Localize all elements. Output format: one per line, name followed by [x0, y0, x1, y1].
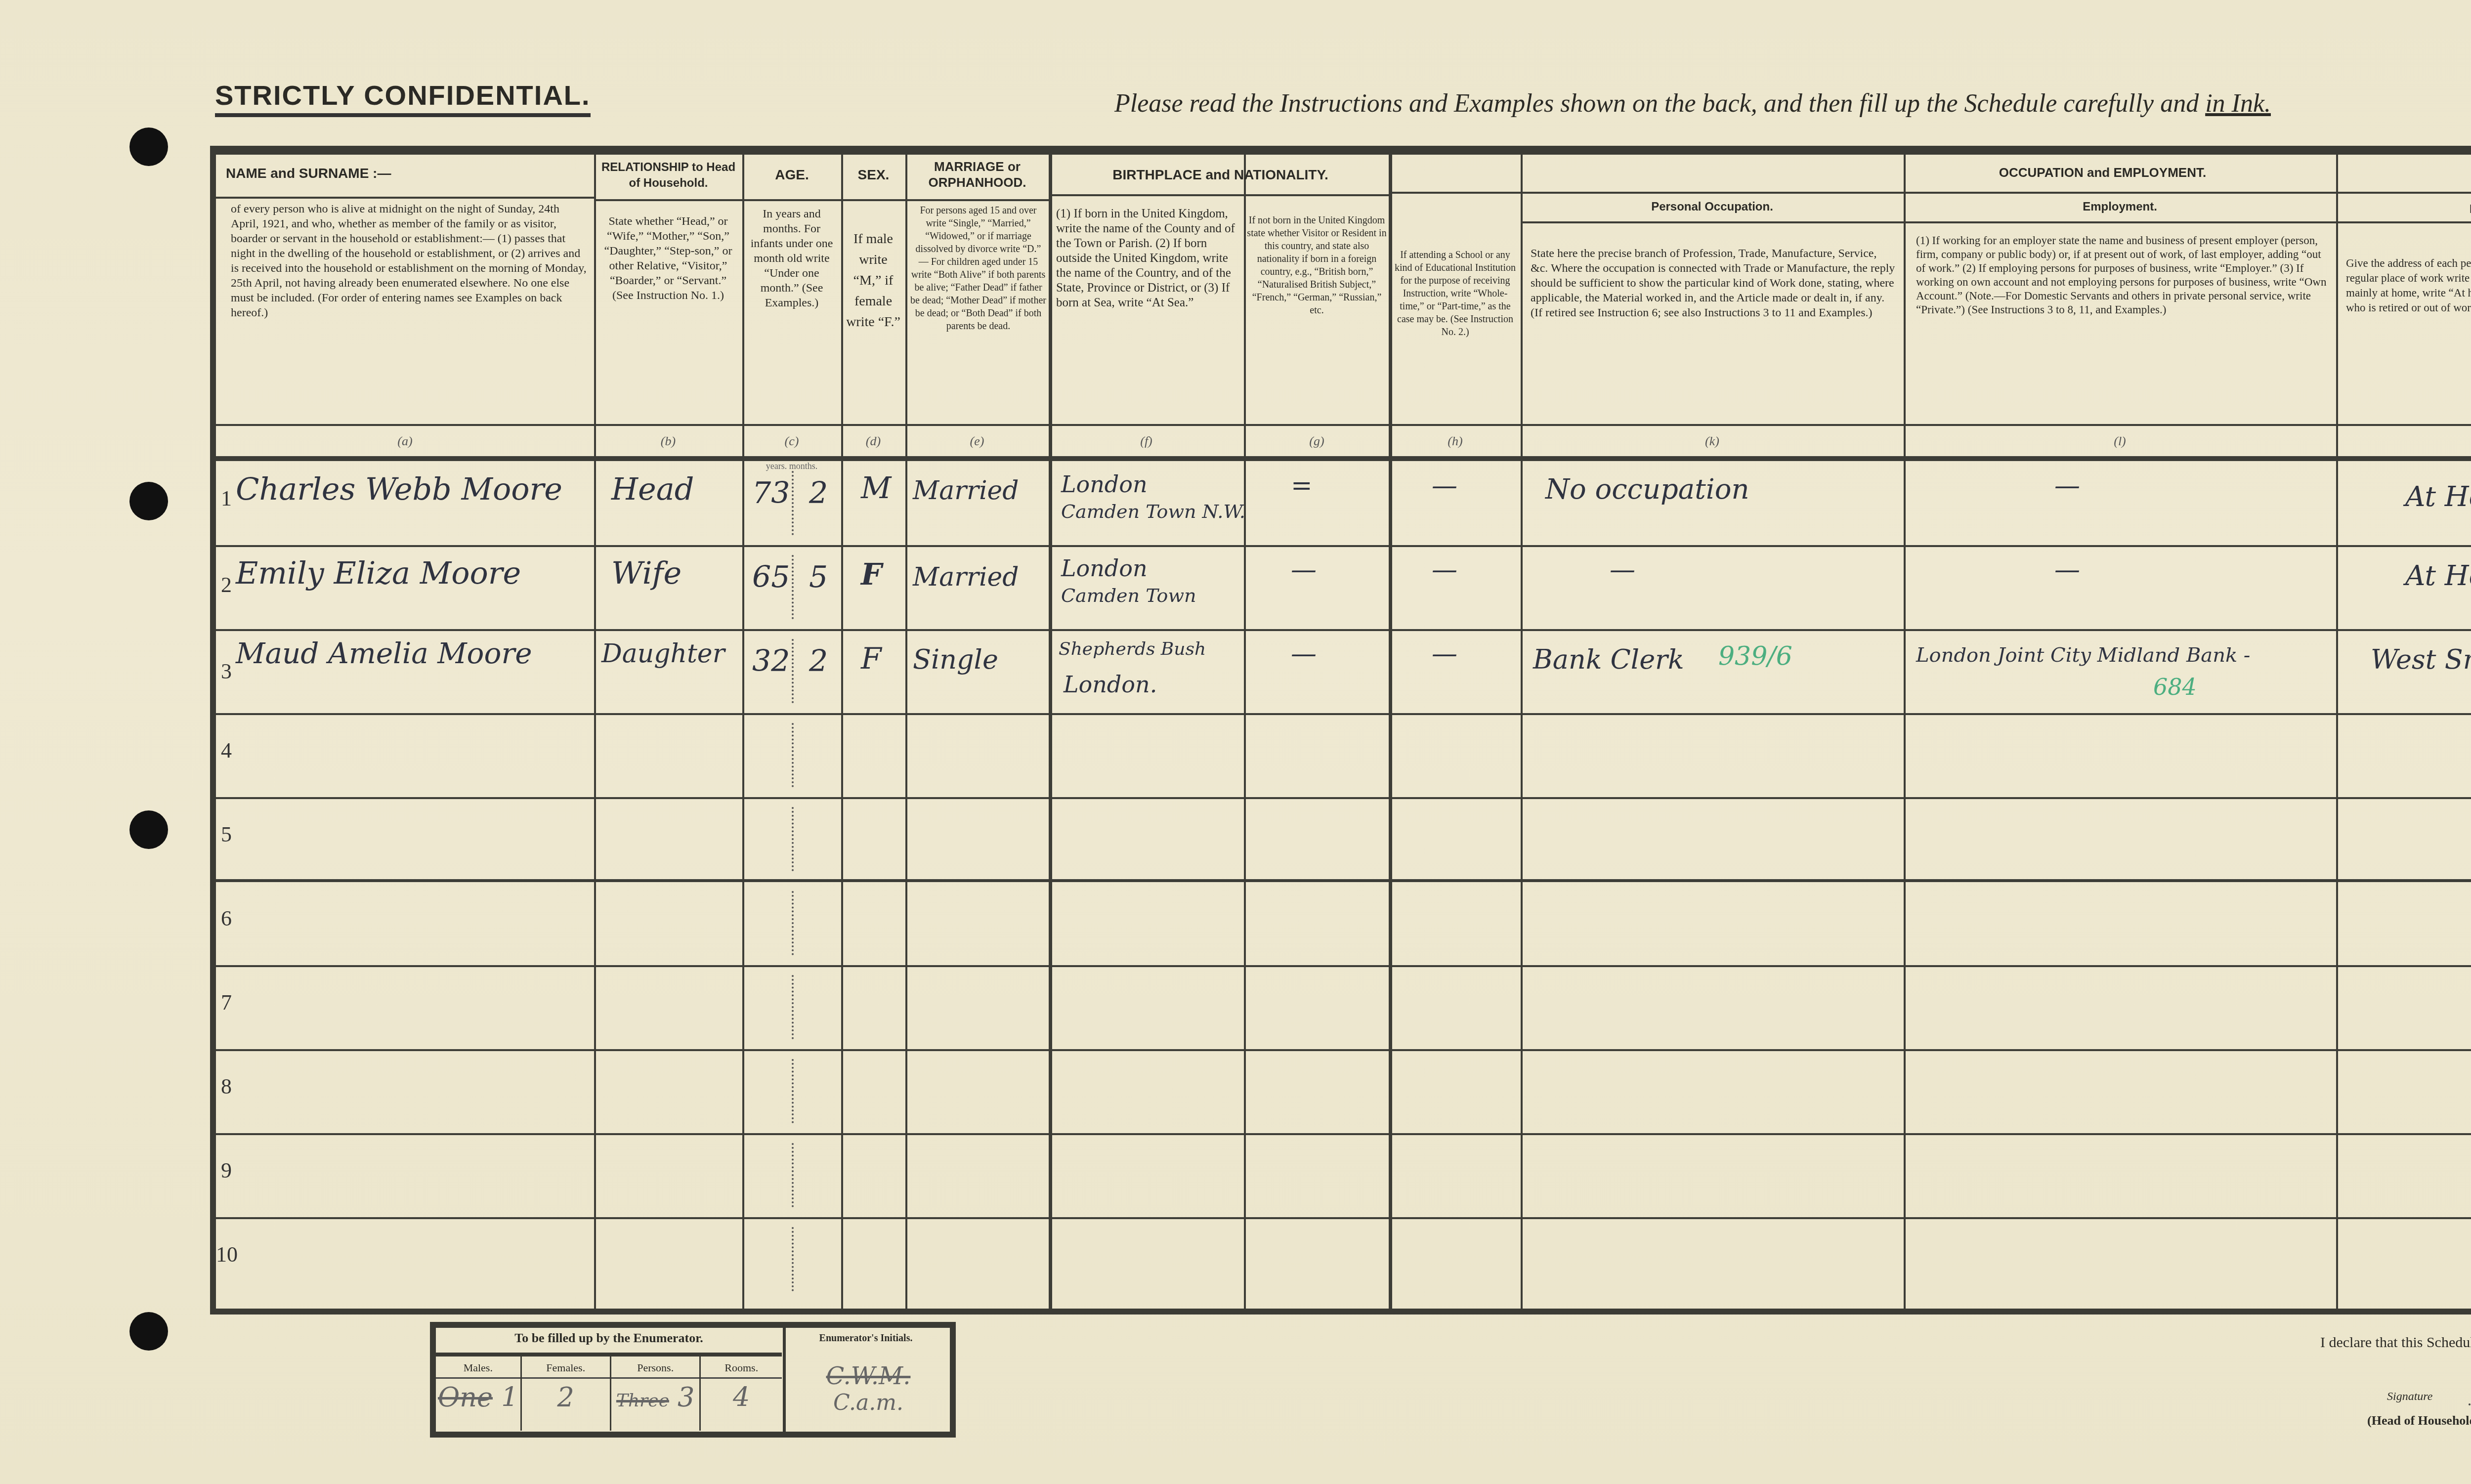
col-d-instructions: If male write “M,” if female write “F.”	[846, 229, 900, 333]
occupation-title: OCCUPATION and EMPLOYMENT.	[1521, 165, 2471, 180]
col-b-instructions: State whether “Head,” or “Wife,” “Mother…	[599, 214, 737, 303]
row2-school[interactable]: —	[1432, 555, 1457, 585]
punch-hole	[129, 810, 168, 849]
row2-age-years[interactable]: 65	[752, 560, 790, 594]
row3-place-of-work[interactable]: West Smithfield	[2371, 644, 2471, 675]
row2-occupation[interactable]: —	[1610, 555, 1635, 585]
row2-marriage[interactable]: Married	[913, 562, 1019, 592]
row3-nationality[interactable]: —	[1291, 639, 1317, 669]
col-m-title: Place of Work.	[2339, 202, 2471, 217]
row3-birthplace-2[interactable]: London.	[1064, 671, 1157, 698]
col-m-instructions: Give the address of each person's place …	[2346, 256, 2471, 315]
census-schedule-page: STRICTLY CONFIDENTIAL. Please read the I…	[0, 0, 2471, 1484]
col-e-instructions: For persons aged 15 and over write “Sing…	[910, 204, 1046, 333]
persons-cell[interactable]: Persons. Three 3	[611, 1357, 701, 1431]
row3-occupation-code: 939/6	[1718, 641, 1792, 671]
row2-birthplace-1[interactable]: London	[1061, 555, 1148, 582]
row1-birthplace-2[interactable]: Camden Town N.W.	[1061, 501, 1245, 522]
punch-hole	[129, 1312, 168, 1351]
row3-occupation[interactable]: Bank Clerk	[1533, 644, 1684, 675]
rooms-cell[interactable]: Rooms. 4	[701, 1357, 782, 1431]
col-g-instructions: If not born in the United Kingdom state …	[1246, 214, 1387, 317]
col-f-instructions: (1) If born in the United Kingdom, write…	[1056, 207, 1239, 310]
row3-age-months[interactable]: 2	[809, 644, 828, 678]
col-e-title: MARRIAGE or ORPHANHOOD.	[907, 159, 1048, 190]
col-d-title: SEX.	[843, 167, 904, 183]
col-k-instructions: State here the precise branch of Profess…	[1531, 246, 1896, 320]
row1-marriage[interactable]: Married	[913, 476, 1019, 506]
enumerator-totals-box: To be filled up by the Enumerator. Enume…	[430, 1322, 956, 1438]
row1-place-of-work[interactable]: At Home	[2405, 481, 2471, 513]
col-c-instructions: In years and months. For infants under o…	[747, 207, 836, 310]
row1-sex[interactable]: M	[861, 471, 891, 506]
declaration-text: I declare that this Schedule is correctl…	[2320, 1334, 2471, 1351]
row3-name[interactable]: Maud Amelia Moore	[236, 636, 532, 670]
row2-nationality[interactable]: —	[1291, 555, 1317, 585]
row3-relationship[interactable]: Daughter	[601, 639, 725, 669]
col-l-title: Employment.	[1906, 199, 2334, 215]
row1-age-years[interactable]: 73	[752, 476, 790, 510]
row1-occupation[interactable]: No occupation	[1545, 473, 1749, 506]
col-c-title: AGE.	[744, 167, 840, 183]
col-a-title: NAME and SURNAME :—	[226, 166, 404, 181]
punch-hole	[129, 127, 168, 166]
males-cell[interactable]: Males. One 1	[436, 1357, 522, 1431]
row3-employment-code: 684	[2153, 674, 2197, 700]
row2-age-months[interactable]: 5	[809, 560, 828, 594]
row2-sex[interactable]: F	[861, 557, 882, 592]
row2-name[interactable]: Emily Eliza Moore	[236, 555, 521, 591]
col-h-instructions: If attending a School or any kind of Edu…	[1392, 249, 1518, 339]
col-l-instructions: (1) If working for an employer state the…	[1916, 234, 2331, 317]
row1-age-months[interactable]: 2	[809, 476, 828, 510]
signature-note: (Head of Household, Manager of Establish…	[2367, 1413, 2471, 1428]
row3-birthplace-1[interactable]: Shepherds Bush	[1059, 639, 1206, 659]
census-form-table: NAME and SURNAME :— of every person who …	[210, 146, 2471, 1314]
col-k-title: Personal Occupation.	[1523, 199, 1901, 215]
enumerator-initials[interactable]: C.W.M. C.a.m.	[792, 1362, 945, 1415]
signature-line	[2469, 1403, 2471, 1405]
females-cell[interactable]: Females. 2	[522, 1357, 611, 1431]
col-a-instructions: of every person who is alive at midnight…	[231, 202, 587, 320]
row3-school[interactable]: —	[1432, 639, 1457, 669]
row1-birthplace-1[interactable]: London	[1061, 471, 1148, 498]
row2-birthplace-2[interactable]: Camden Town	[1061, 585, 1196, 606]
col-b-title: RELATIONSHIP to Head of Household.	[596, 160, 741, 191]
col-fg-title: BIRTHPLACE and NATIONALITY.	[1051, 167, 1390, 183]
row3-sex[interactable]: F	[861, 641, 882, 676]
row3-employment[interactable]: London Joint City Midland Bank -	[1916, 644, 2250, 667]
row2-employment[interactable]: —	[2054, 555, 2080, 585]
row1-relationship[interactable]: Head	[611, 471, 694, 507]
confidential-heading: STRICTLY CONFIDENTIAL.	[215, 79, 591, 117]
row1-school[interactable]: —	[1432, 471, 1457, 501]
row2-relationship[interactable]: Wife	[611, 555, 682, 591]
row1-employment[interactable]: —	[2054, 471, 2080, 501]
row2-place-of-work[interactable]: At Home	[2405, 560, 2471, 592]
punch-hole	[129, 482, 168, 520]
instruction-line: Please read the Instructions and Example…	[1114, 89, 2271, 118]
row1-name[interactable]: Charles Webb Moore	[236, 471, 562, 507]
row3-marriage[interactable]: Single	[913, 644, 998, 675]
in-ink-emphasis: in Ink.	[2205, 89, 2271, 118]
row3-age-years[interactable]: 32	[752, 644, 790, 678]
row1-nationality[interactable]: =	[1291, 471, 1313, 501]
